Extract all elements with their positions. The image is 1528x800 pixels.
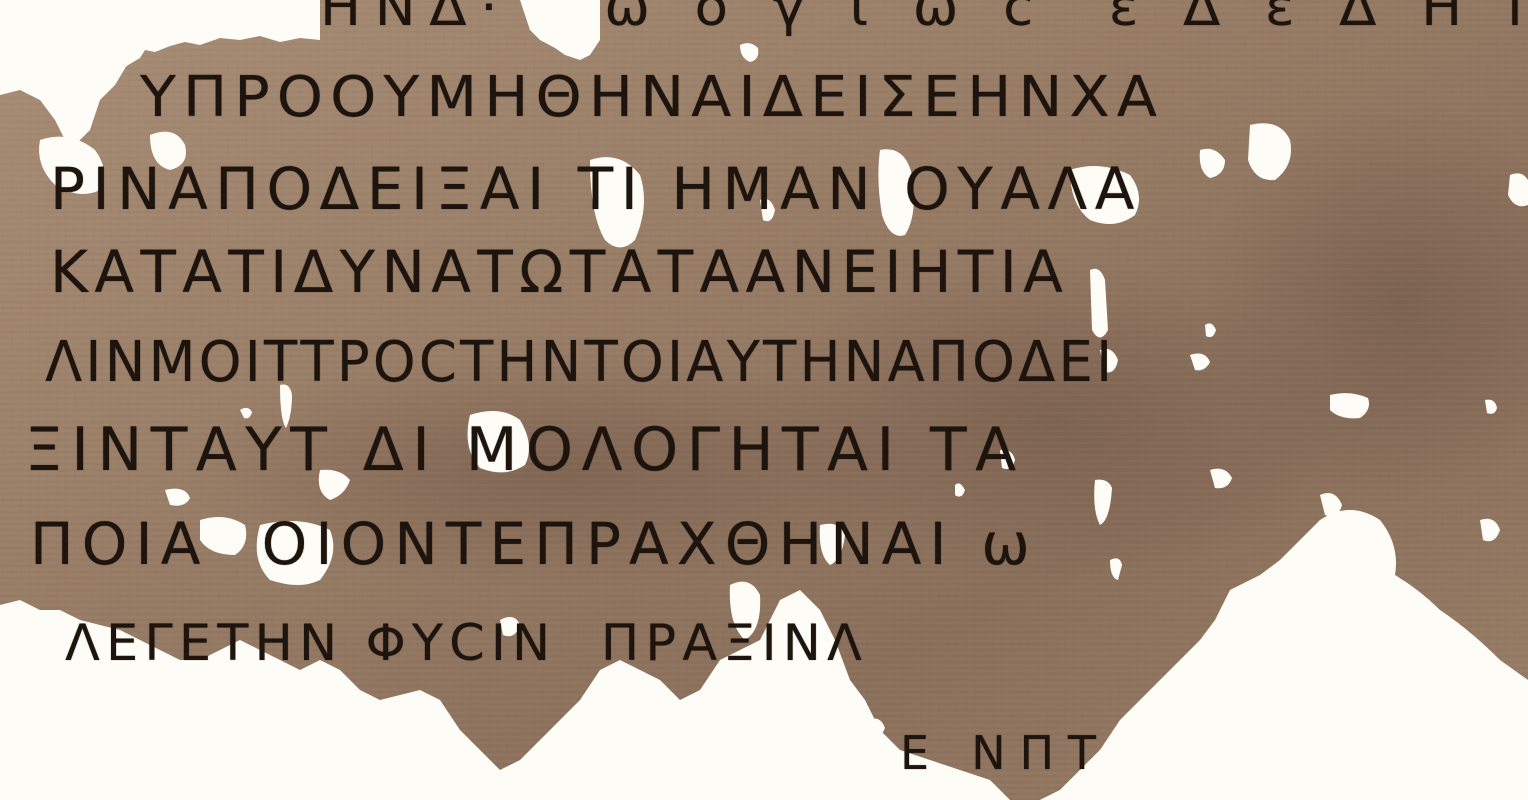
papyrus-text-line-1: ΗΝΔ· ω ο γ ι ω ϲ ε Δ ε Δ Η Ι Κ Α	[320, 0, 1528, 34]
papyrus-text-line-5: ΛΙΝΜΟΙΤΤΡΟϹΤΗΝΤΟΙΑΥΤΗΝΑΠΟΔΕΙ	[45, 335, 1115, 391]
papyrus-text-line-3: ΡΙΝΑΠΟΔΕΙΞΑΙ ΤΙ ΗΜΑΝ ΟΥΑΛΑ	[50, 160, 1142, 218]
papyrus-text-line-9: Ε ΝΠΤ	[900, 730, 1110, 776]
papyrus-text-line-6: ΞΙΝΤΑΥΤ ΔΙ ΜΟΛΟΓΗΤΑΙ ΤΑ	[25, 420, 1025, 480]
papyrus-text-line-2: ΥΠΡΟΟΥΜΗΘΗΝΑΙΔΕΙΣΕΗΝΧΑ	[140, 70, 1164, 126]
papyrus-photo: ΗΝΔ· ω ο γ ι ω ϲ ε Δ ε Δ Η Ι Κ Α ΥΠΡΟΟΥΜ…	[0, 0, 1528, 800]
papyrus-text-line-4: ΚΑΤΑΤΙΔΥΝΑΤΩΤΑΤΑΑΝΕΙΗΤΙΑ	[50, 243, 1069, 301]
papyrus-text-line-8: ΛΕΓΕΤΗΝ ΦΥϹΙΝ ΠΡΑΞΙΝΛ	[65, 618, 868, 668]
papyrus-text-line-7: ΠΟΙΑ ΟΙΟΝΤΕΠΡΑΧΘΗΝΑΙ ω	[30, 515, 1038, 573]
